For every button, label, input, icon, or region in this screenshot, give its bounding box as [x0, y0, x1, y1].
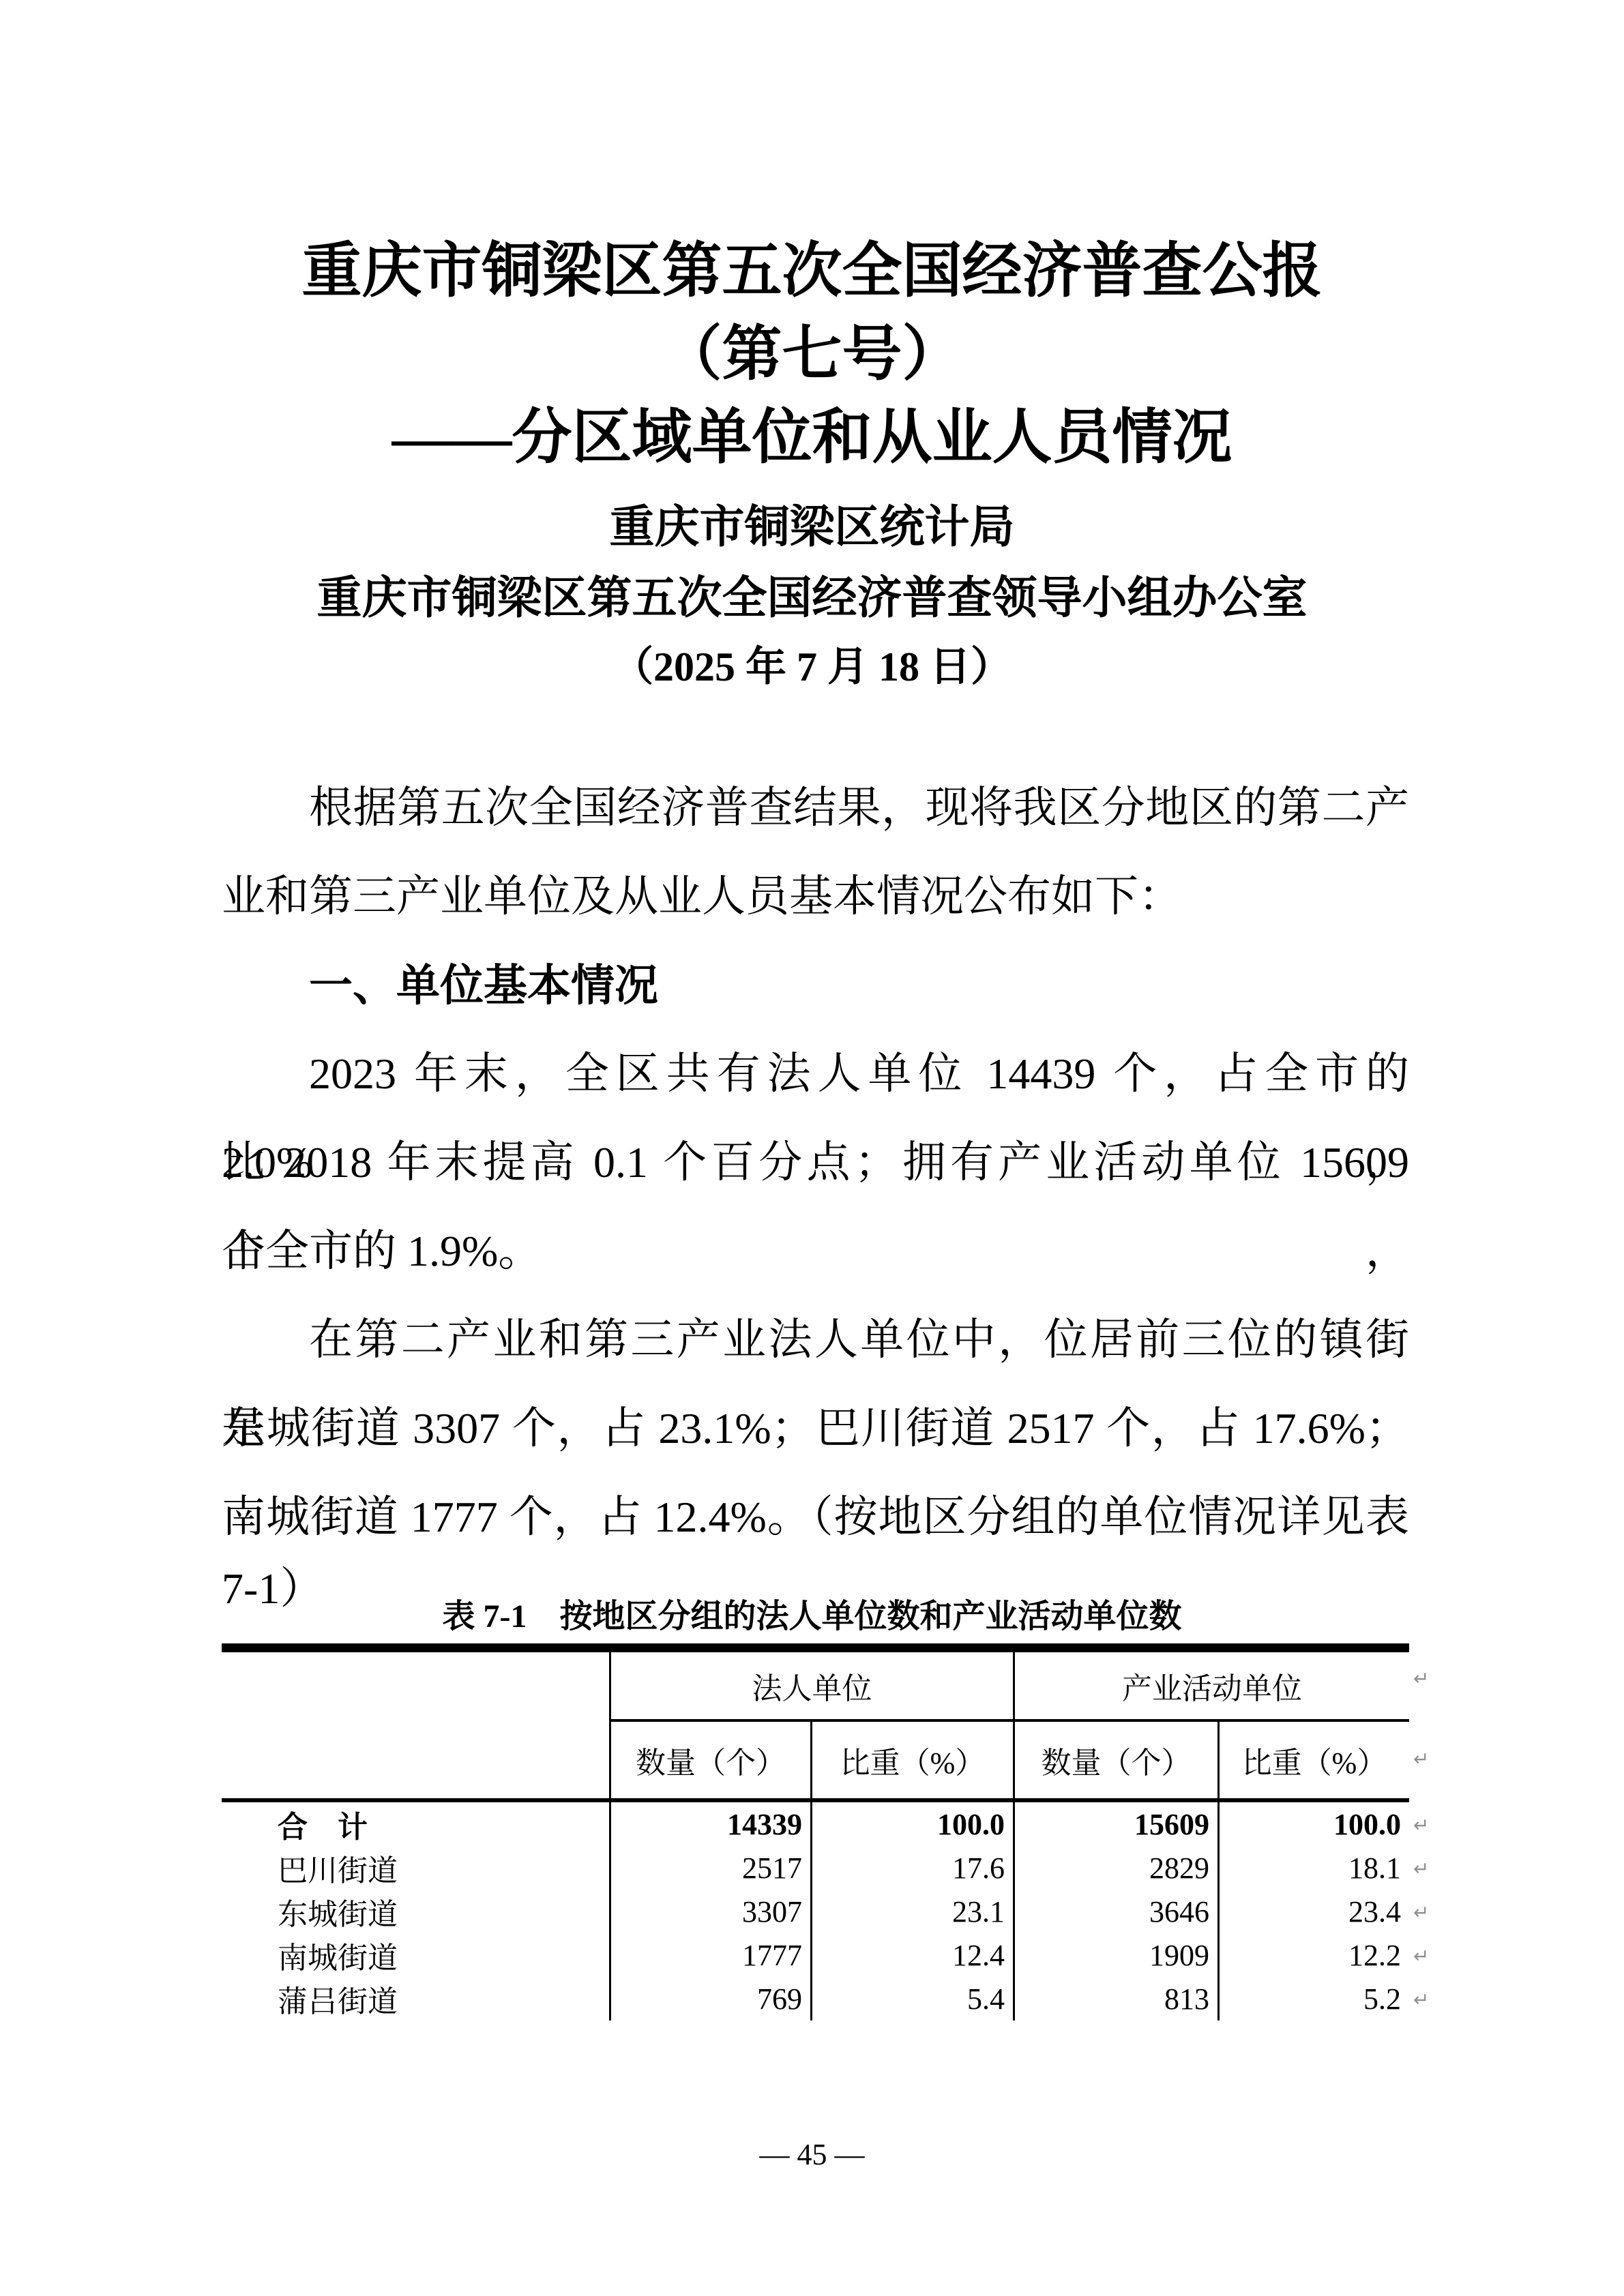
- body-text: 根据第五次全国经济普查结果，现将我区分地区的第二产 业和第三产业单位及从业人员基…: [222, 764, 1409, 1616]
- paragraph-mark-icon: ↵: [1413, 1815, 1429, 1836]
- cell-value: 2517: [611, 1846, 812, 1890]
- cell-value: 1777: [611, 1933, 812, 1977]
- issuer-line-1: 重庆市铜梁区统计局: [0, 492, 1624, 563]
- table-row-nancheng: 南城街道 1777 12.4 1909 12.2: [222, 1933, 1409, 1977]
- paragraph-mark-icon: ↵: [1413, 1858, 1429, 1880]
- cell-value: 23.4: [1220, 1890, 1409, 1933]
- cell-value: 3646: [1015, 1890, 1220, 1933]
- document-title-line-1: 重庆市铜梁区第五次全国经济普查公报: [0, 230, 1624, 314]
- page-number: — 45 —: [0, 2134, 1624, 2175]
- cell-value: 5.2: [1220, 1977, 1409, 2021]
- sub-header-quantity-2: 数量（个）: [1015, 1722, 1220, 1798]
- sub-header-share-2: 比重（%）: [1220, 1722, 1409, 1798]
- row-label: 巴川街道: [222, 1846, 611, 1890]
- cell-value: 17.6: [812, 1846, 1015, 1890]
- group-header-legal-units: 法人单位: [611, 1652, 1015, 1722]
- paragraph-3-line-1: 在第二产业和第三产业法人单位中，位居前三位的镇街是：: [222, 1296, 1409, 1384]
- cell-value: 23.1: [812, 1890, 1015, 1933]
- cell-value: 18.1: [1220, 1846, 1409, 1890]
- document-title-line-2: （第七号）: [0, 314, 1624, 397]
- cell-value: 2829: [1015, 1846, 1220, 1890]
- table-row-dongcheng: 东城街道 3307 23.1 3646 23.4: [222, 1890, 1409, 1933]
- row-label: 南城街道: [222, 1933, 611, 1977]
- cell-value: 769: [611, 1977, 812, 2021]
- row-label: 合 计: [222, 1802, 611, 1846]
- cell-value: 100.0: [812, 1802, 1015, 1846]
- paragraph-mark-icon: ↵: [1413, 1902, 1429, 1924]
- table-group-header-row: 法人单位 产业活动单位: [222, 1652, 1409, 1722]
- paragraph-2-line-1: 2023 年末，全区共有法人单位 14439 个，占全市的 2.0%，: [222, 1030, 1409, 1118]
- cell-value: 15609: [1015, 1802, 1220, 1846]
- paragraph-mark-icon: ↵: [1413, 1748, 1429, 1770]
- table-corner-cell: [222, 1652, 611, 1722]
- document-page: 重庆市铜梁区第五次全国经济普查公报 （第七号） ——分区域单位和从业人员情况 重…: [0, 0, 1624, 2296]
- cell-value: 3307: [611, 1890, 812, 1933]
- table-sub-header-row: 数量（个） 比重（%） 数量（个） 比重（%）: [222, 1722, 1409, 1798]
- document-title-line-3: ——分区域单位和从业人员情况: [0, 397, 1624, 480]
- cell-value: 813: [1015, 1977, 1220, 2021]
- table-corner-cell-lower: [222, 1722, 611, 1798]
- cell-value: 100.0: [1220, 1802, 1409, 1846]
- group-header-industrial-activity-units: 产业活动单位: [1015, 1652, 1409, 1722]
- table-row-pulv: 蒲吕街道 769 5.4 813 5.2: [222, 1977, 1409, 2021]
- paragraph-mark-icon: ↵: [1413, 1945, 1429, 1967]
- paragraph-3-line-3: 南城街道 1777 个，占 12.4%。（按地区分组的单位情况详见表: [222, 1473, 1409, 1562]
- row-label: 蒲吕街道: [222, 1977, 611, 2021]
- sub-header-quantity-1: 数量（个）: [611, 1722, 812, 1798]
- table-row-total: 合 计 14339 100.0 15609 100.0: [222, 1802, 1409, 1846]
- table-top-border: [222, 1643, 1409, 1652]
- issuer-block: 重庆市铜梁区统计局 重庆市铜梁区第五次全国经济普查领导小组办公室 （2025 年…: [0, 492, 1624, 700]
- paragraph-3-line-2: 东城街道 3307 个，占 23.1%；巴川街道 2517 个，占 17.6%；: [222, 1384, 1409, 1473]
- title-block: 重庆市铜梁区第五次全国经济普查公报 （第七号） ——分区域单位和从业人员情况: [0, 230, 1624, 480]
- paragraph-1-line-2: 业和第三产业单位及从业人员基本情况公布如下：: [222, 852, 1409, 941]
- cell-value: 1909: [1015, 1933, 1220, 1977]
- issuer-line-2: 重庆市铜梁区第五次全国经济普查领导小组办公室: [0, 563, 1624, 634]
- table-7-1: 法人单位 产业活动单位 数量（个） 比重（%） 数量（个） 比重（%） 合 计 …: [222, 1643, 1409, 2021]
- section-heading: 一、单位基本情况: [222, 941, 1409, 1030]
- row-label: 东城街道: [222, 1890, 611, 1933]
- cell-value: 14339: [611, 1802, 812, 1846]
- cell-value: 12.2: [1220, 1933, 1409, 1977]
- table-caption: 表 7-1 按地区分组的法人单位数和产业活动单位数: [0, 1597, 1624, 1637]
- paragraph-2-line-2: 比 2018 年末提高 0.1 个百分点；拥有产业活动单位 15609 个，: [222, 1118, 1409, 1207]
- sub-header-share-1: 比重（%）: [812, 1722, 1015, 1798]
- table-row-bachuan: 巴川街道 2517 17.6 2829 18.1: [222, 1846, 1409, 1890]
- cell-value: 12.4: [812, 1933, 1015, 1977]
- issue-date: （2025 年 7 月 18 日）: [0, 634, 1624, 700]
- paragraph-mark-icon: ↵: [1413, 1989, 1429, 2011]
- cell-value: 5.4: [812, 1977, 1015, 2021]
- paragraph-1-line-1: 根据第五次全国经济普查结果，现将我区分地区的第二产: [222, 764, 1409, 852]
- paragraph-mark-icon: ↵: [1413, 1668, 1429, 1690]
